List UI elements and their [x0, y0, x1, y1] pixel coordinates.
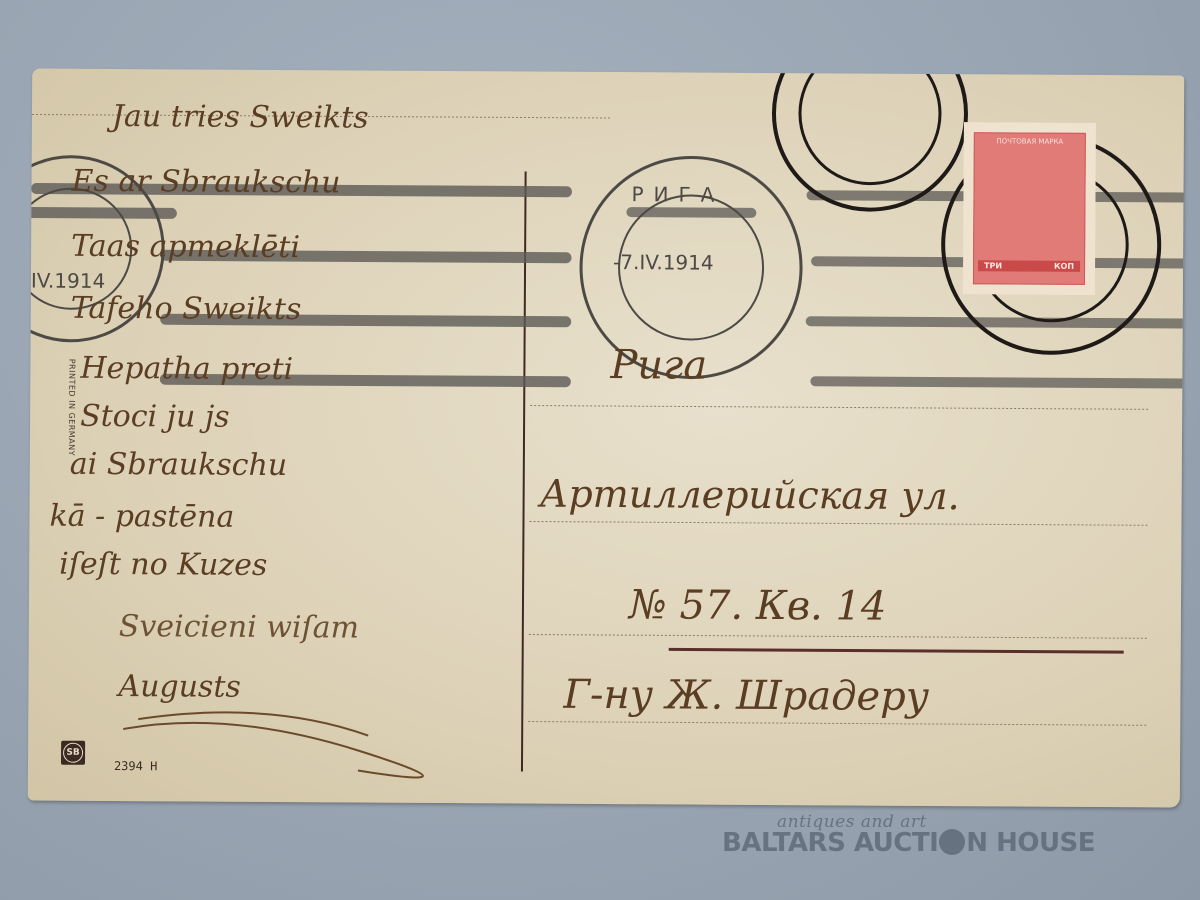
printed-in-germany: PRINTED IN GERMANY [67, 359, 77, 456]
message-line: Jau tries Sweikts [112, 99, 369, 136]
postmark-left-date: IV.1914 [31, 268, 105, 292]
stamp-value-left: ТРИ [984, 261, 1002, 270]
message-line: ai Sbraukschu [70, 447, 288, 483]
address-street: Артиллерийская ул. [540, 472, 960, 519]
postmark-city: РИГА [631, 182, 724, 207]
message-line: Hepatha preti [80, 351, 293, 387]
publisher-logo: SB [61, 741, 85, 765]
watermark-title-part1: BALTARS AUCTI [722, 828, 938, 858]
watermark-title-part2: N HOUSE [966, 828, 1095, 858]
card-number: 2394 H [114, 759, 157, 773]
message-line: Taas apmeklēti [71, 229, 300, 265]
auction-house-watermark: antiques and art BALTARS AUCTIN HOUSE [722, 812, 1095, 858]
message-line: Es ar Sbraukschu [71, 164, 340, 201]
address-number: № 57. Кв. 14 [629, 582, 887, 630]
postmark-date: -7.IV.1914 [613, 250, 714, 275]
message-line: Sveicieni wiſam [119, 609, 359, 645]
stamp-value-right: КОП [1054, 262, 1074, 271]
message-line: kā - pastēna [49, 499, 234, 535]
signature: Augusts [118, 669, 241, 705]
message-line: Tafeho Sweikts [71, 291, 302, 327]
postage-stamp: ПОЧТОВАЯ МАРКА ТРИ КОП [963, 122, 1096, 295]
address-city: Рига [610, 342, 707, 389]
message-line: Stoci ju js [80, 399, 230, 435]
stamp-header: ПОЧТОВАЯ МАРКА [975, 137, 1085, 146]
postcard: ПОЧТОВАЯ МАРКА ТРИ КОП РИГА -7.IV.1914 I… [28, 68, 1184, 807]
watermark-logo-icon [939, 829, 965, 855]
address-recipient: Г-ну Ж. Шрадеру [563, 672, 929, 720]
message-line: iſeſt no Kuzes [59, 547, 267, 583]
